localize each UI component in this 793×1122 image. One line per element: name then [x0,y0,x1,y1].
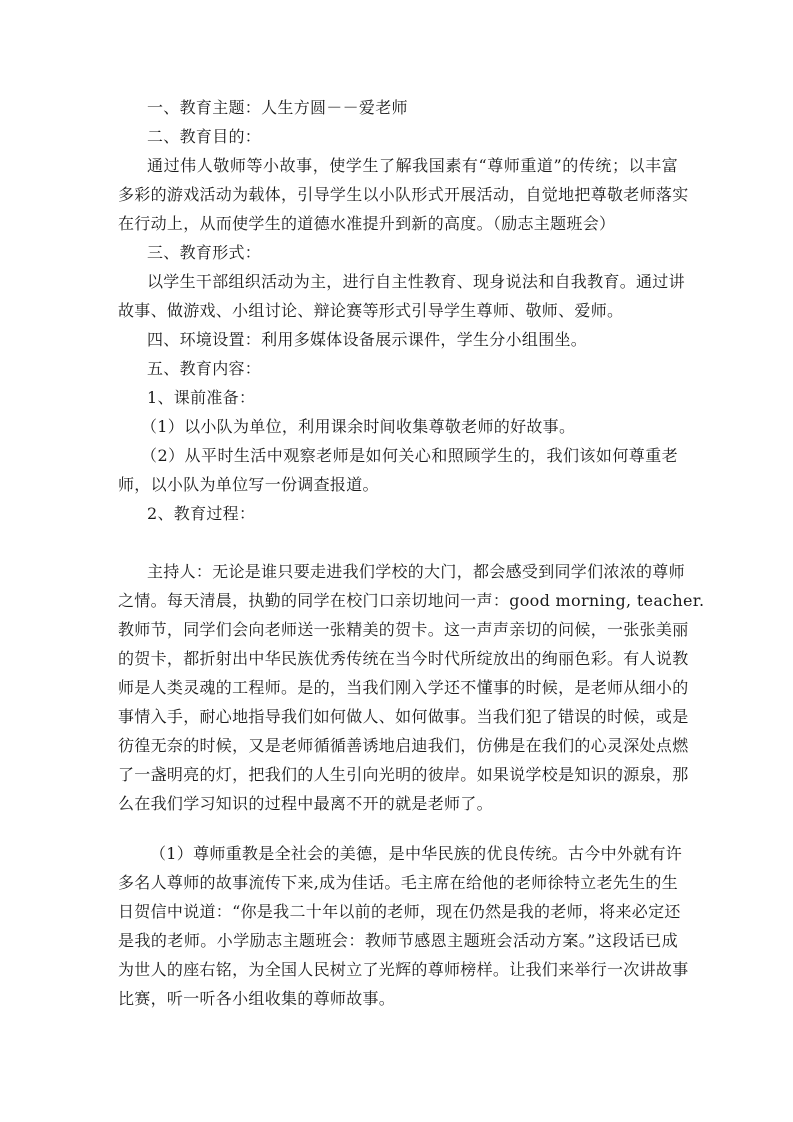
document-text-line: 五、教育内容： [147,359,678,379]
document-text-line: 的贺卡，都折射出中华民族优秀传统在当今时代所绽放出的绚丽色彩。有人说教 [118,649,678,669]
document-text-line: 日贺信中说道：“你是我二十年以前的老师，现在仍然是我的老师，将来必定还 [118,902,678,922]
document-text-line: 主持人：无论是谁只要走进我们学校的大门，都会感受到同学们浓浓的尊师 [147,562,678,582]
document-page: 一、教育主题：人生方圆－－爱老师二、教育目的：通过伟人敬师等小故事，使学生了解我… [0,0,793,1122]
document-text-line: 在行动上，从而使学生的道德水准提升到新的高度。（励志主题班会） [118,214,678,234]
document-text-line: 通过伟人敬师等小故事，使学生了解我国素有“尊师重道”的传统；以丰富 [147,156,678,176]
document-text-line: 三、教育形式： [147,243,678,263]
document-text-line: 比赛，听一听各小组收集的尊师故事。 [118,989,678,1009]
document-text-line: 以学生干部组织活动为主，进行自主性教育、现身说法和自我教育。通过讲 [147,272,678,292]
document-text-line: （2）从平时生活中观察老师是如何关心和照顾学生的，我们该如何尊重老 [141,446,678,466]
document-text-line: 四、环境设置：利用多媒体设备展示课件，学生分小组围坐。 [147,330,678,350]
document-text-line: 故事、做游戏、小组讨论、辩论赛等形式引导学生尊师、敬师、爱师。 [118,301,678,321]
document-text-line: 了一盏明亮的灯，把我们的人生引向光明的彼岸。如果说学校是知识的源泉，那 [118,765,678,785]
document-text-line: 多名人尊师的故事流传下来,成为佳话。毛主席在给他的老师徐特立老先生的生 [118,873,678,893]
document-text-line: 多彩的游戏活动为载体，引导学生以小队形式开展活动，自觉地把尊敬老师落实 [118,185,678,205]
document-text-line: 师是人类灵魂的工程师。是的，当我们刚入学还不懂事的时候，是老师从细小的 [118,678,678,698]
document-text-line: 么在我们学习知识的过程中最离不开的就是老师了。 [118,794,678,814]
document-text-line: 彷徨无奈的时候，又是老师循循善诱地启迪我们，仿佛是在我们的心灵深处点燃 [118,736,678,756]
document-text-line: 师，以小队为单位写一份调查报道。 [118,475,678,495]
document-text-line: 一、教育主题：人生方圆－－爱老师 [147,98,678,118]
document-text-line: （1）尊师重教是全社会的美德，是中华民族的优良传统。古今中外就有许 [150,844,678,864]
document-text-line: 2、教育过程： [147,504,678,524]
document-text-line: 二、教育目的： [147,127,678,147]
document-text-line: 之情。每天清晨，执勤的同学在校门口亲切地问一声：good morning, te… [118,591,678,611]
document-text-line: 是我的老师。小学励志主题班会：教师节感恩主题班会活动方案。”这段话已成 [118,931,678,951]
document-text-line: 为世人的座右铭，为全国人民树立了光辉的尊师榜样。让我们来举行一次讲故事 [118,960,678,980]
document-text-line: 教师节，同学们会向老师送一张精美的贺卡。这一声声亲切的问候，一张张美丽 [118,620,678,640]
document-text-line: 事情入手，耐心地指导我们如何做人、如何做事。当我们犯了错误的时候，或是 [118,707,678,727]
document-text-line: 1、课前准备： [147,388,678,408]
document-text-line: （1）以小队为单位，利用课余时间收集尊敬老师的好故事。 [141,417,678,437]
